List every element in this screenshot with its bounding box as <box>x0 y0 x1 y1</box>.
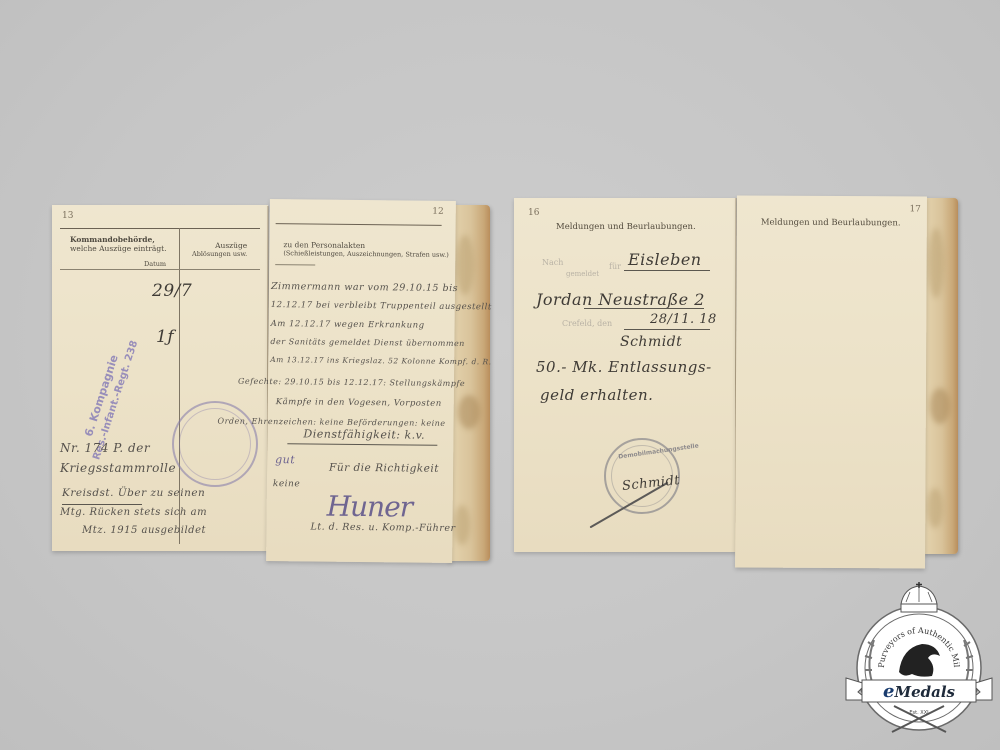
page-13: 13 Kommandobehörde, welche Auszüge eintr… <box>52 205 268 551</box>
handwritten-address: Jordan Neustraße 2 <box>536 290 705 309</box>
handwritten-line: Kreisdst. Über zu seinen <box>62 487 205 499</box>
page-number: 16 <box>528 208 539 218</box>
header-bottom-rule <box>60 269 260 270</box>
right-booklet-page-edge <box>922 198 958 554</box>
handwritten-line: gut <box>275 453 295 466</box>
handwritten-line: Am 12.12.17 wegen Erkrankung <box>271 319 425 331</box>
handwritten-signature-top: Schmidt <box>620 334 682 350</box>
header-top-rule <box>276 223 442 226</box>
page-12: 12 zu den Personalakten (Schießleistunge… <box>266 199 456 563</box>
handwritten-line: Kriegsstammrolle <box>60 461 176 475</box>
handwritten-line: keine <box>273 479 300 489</box>
handwritten-line: Zimmermann war vom 29.10.15 bis <box>271 281 458 294</box>
handwritten-line: Kämpfe in den Vogesen, Vorposten <box>276 397 442 409</box>
column-header-extracts: Auszüge Ablösungen usw. <box>212 241 247 259</box>
handwritten-line: 12.12.17 bei verbleibt Truppenteil ausge… <box>271 300 492 312</box>
column-header-date: Datum <box>144 260 166 268</box>
form-label-gemeldet: gemeldet <box>566 270 599 278</box>
section-title: Meldungen und Beurlaubungen. <box>556 222 696 232</box>
column-header-personnel: zu den Personalakten (Schießleistungen, … <box>283 240 449 259</box>
handwritten-line: geld erhalten. <box>540 386 653 404</box>
round-unit-stamp <box>172 401 258 487</box>
date-entry: 1ƒ <box>156 327 174 347</box>
handwritten-line: der Sanitäts gemeldet Dienst übernommen <box>270 337 465 348</box>
handwritten-line: Dienstfähigkeit: k.v. <box>303 427 425 441</box>
handwritten-line: Gefechte: 29.10.15 bis 12.12.17: Stellun… <box>238 377 465 388</box>
emedals-crest-icon: Purveyors of Authentic Militaria eMedals… <box>844 582 994 742</box>
handwritten-line: Am 13.12.17 ins Kriegslaz. 52 Kolonne Ko… <box>270 355 491 366</box>
header-bottom-rule <box>275 264 315 265</box>
page-number: 17 <box>909 204 921 214</box>
handwritten-line: Für die Richtigkeit <box>329 462 439 475</box>
page-17: 17 Meldungen und Beurlaubungen. <box>735 196 927 569</box>
officer-signature: Huner <box>327 490 413 524</box>
page-16: 16 Meldungen und Beurlaubungen. Nach gem… <box>514 198 736 552</box>
handwritten-line: Lt. d. Res. u. Komp.-Führer <box>310 521 455 534</box>
header-top-rule <box>60 228 260 229</box>
svg-text:eMedals: eMedals <box>883 681 956 702</box>
handwritten-line: Nr. 174 P. der <box>60 441 150 455</box>
section-title: Meldungen und Beurlaubungen. <box>761 218 901 229</box>
page-number: 13 <box>62 211 73 221</box>
handwritten-place: Eisleben <box>628 250 702 269</box>
handwritten-line: 50.- Mk. Entlassungs- <box>536 358 712 376</box>
svg-text:Est. XXI: Est. XXI <box>909 710 928 716</box>
handwritten-date: 28/11. 18 <box>650 312 717 327</box>
handwritten-line: Mtg. Rücken stets sich am <box>60 507 207 518</box>
handwritten-line: Mtz. 1915 ausgebildet <box>82 525 206 536</box>
form-label-fuer: für <box>609 262 621 271</box>
emedals-watermark-logo: Purveyors of Authentic Militaria eMedals… <box>844 582 994 742</box>
column-header-authority: Kommandobehörde, welche Auszüge einträgt… <box>70 235 167 254</box>
date-entry: 29/7 <box>152 281 192 301</box>
form-label-nach: Nach <box>542 258 563 267</box>
page-number: 12 <box>432 207 444 217</box>
form-label-date-place: Crefeld, den <box>562 319 612 328</box>
